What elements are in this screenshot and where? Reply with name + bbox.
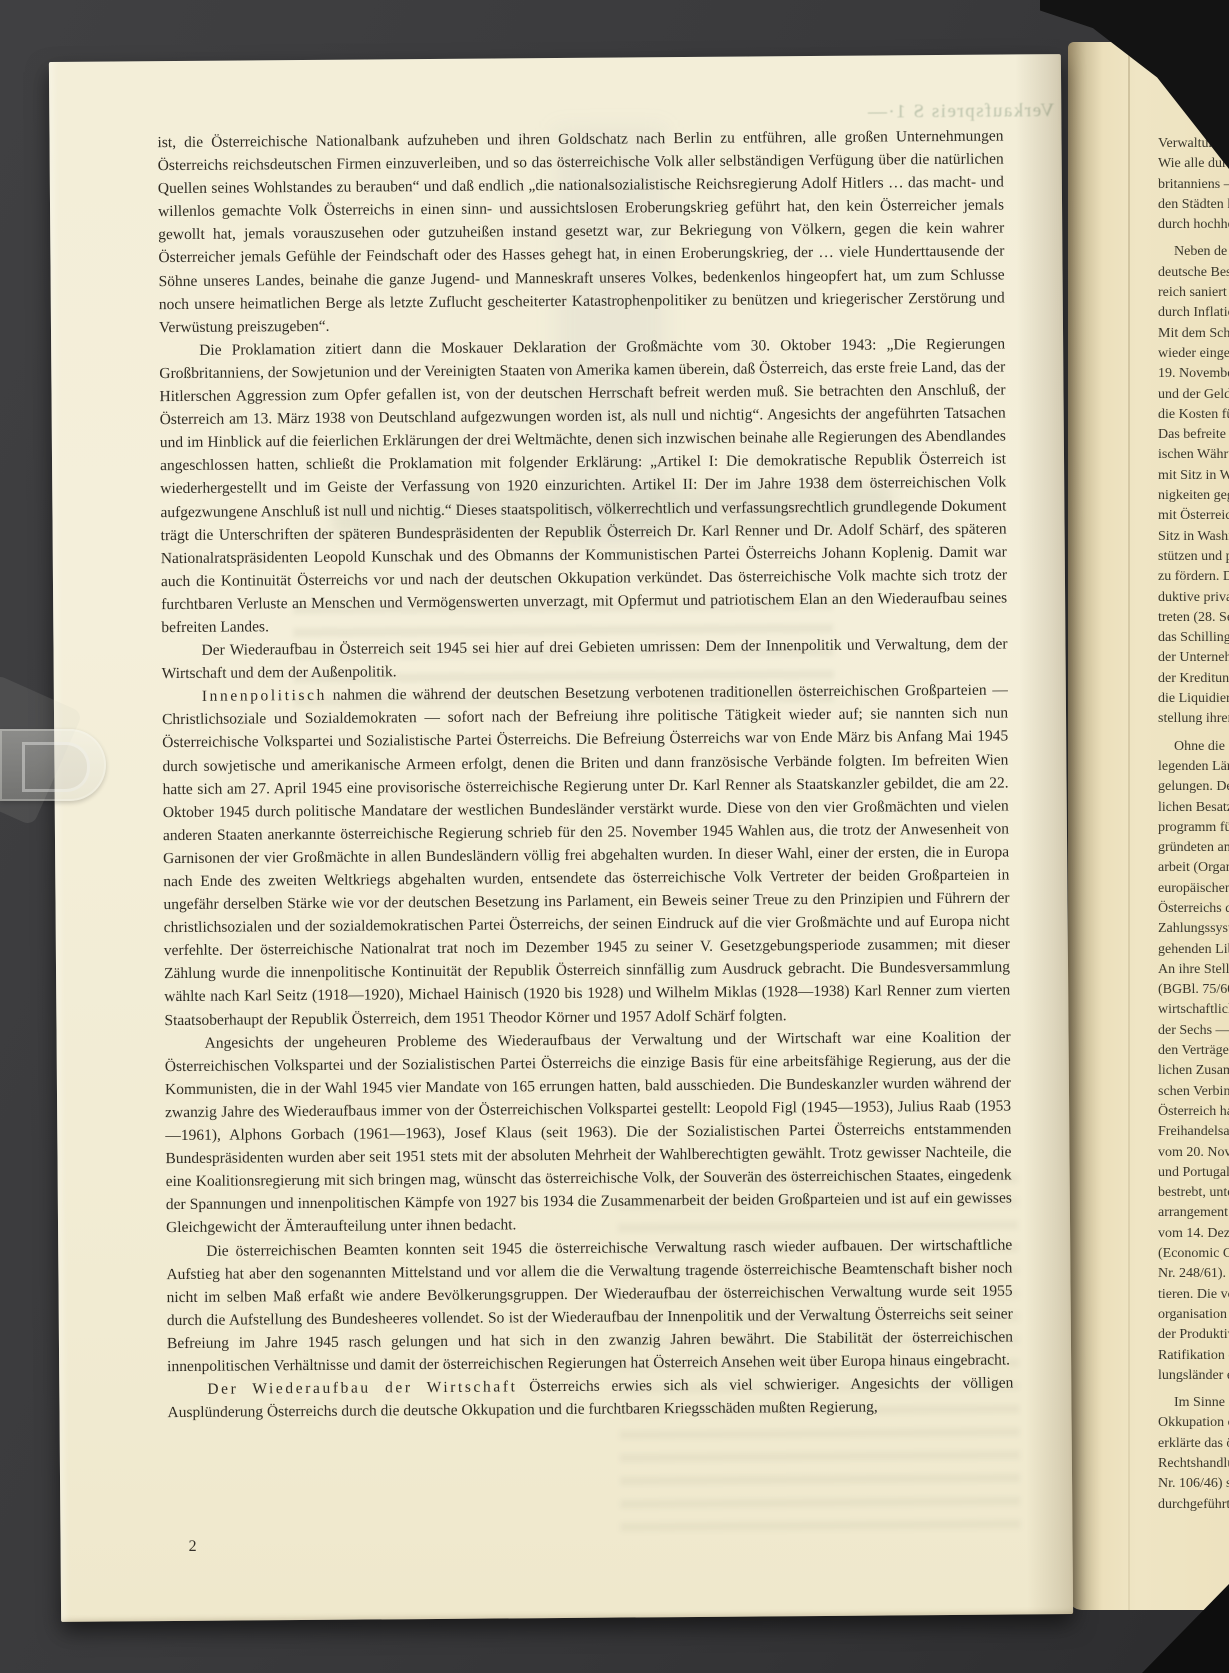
right-page-line: der Produktivität <box>1158 1325 1229 1345</box>
right-page-line: Nr. 248/61). Die <box>1158 1264 1229 1284</box>
right-page-line: Das befreite Öster <box>1158 425 1229 445</box>
paragraph: Die Proklamation zitiert dann die Moskau… <box>159 332 1007 639</box>
paragraph: Innenpolitisch nahmen die während der de… <box>162 679 1011 1032</box>
right-page-line: stützen und priva <box>1158 547 1229 567</box>
spaced-lead: Der Wiederaufbau der Wirtschaft <box>207 1378 517 1397</box>
right-page-line: Ratifikation des S <box>1158 1346 1229 1366</box>
right-page-line: Mit dem Schill <box>1158 324 1229 344</box>
right-page-line: Rechtshandlu <box>1158 1454 1229 1474</box>
right-page-line: und Portugal um <box>1158 1163 1229 1183</box>
right-page-line: Im Sinne <box>1158 1393 1229 1413</box>
right-page-line: Neben de <box>1158 242 1229 262</box>
right-page-line: programm für E <box>1158 818 1229 838</box>
right-page-line: gehenden Liberal <box>1158 940 1229 960</box>
right-page-line: nigkeiten gegründ <box>1158 486 1229 506</box>
right-page-text-column: Verwaltung undWie alle durch dbritannien… <box>1158 134 1229 1515</box>
right-page-line: wirtschaftlich ers <box>1158 1000 1229 1020</box>
right-page-line: vom 14. Dezemb <box>1158 1224 1229 1244</box>
right-page-line: wieder eingeführ <box>1158 344 1229 364</box>
paragraph: ist, die Österreichische Nationalbank au… <box>157 125 1005 339</box>
right-page-line: Wie alle durch d <box>1158 154 1229 174</box>
right-page-line: der Kreditunterne <box>1158 669 1229 689</box>
plastic-clip <box>0 729 106 801</box>
right-page-line: Freihandelsas <box>1158 1122 1229 1142</box>
right-page-line: bestrebt, unter g <box>1158 1183 1229 1203</box>
right-page-line: lichen Besatzung <box>1158 798 1229 818</box>
right-page-line: Ohne die <box>1158 737 1229 757</box>
gutter-shadow <box>1068 42 1102 1610</box>
paragraph: Die österreichischen Beamten konnten sei… <box>166 1233 1013 1378</box>
right-page-line: durch hochherzig <box>1158 215 1229 235</box>
right-page-line: vom 20. Novem <box>1158 1143 1229 1163</box>
right-page-line: Nr. 106/46) solc <box>1158 1474 1229 1494</box>
right-page-line: die Liquidierung <box>1158 689 1229 709</box>
right-page-line: stellung ihrer Au <box>1158 709 1229 729</box>
right-page-line: (BGBl. 75/60). I <box>1158 980 1229 1000</box>
right-page-line: duktive private U <box>1158 588 1229 608</box>
right-page-line: Österreich hat si <box>1158 1102 1229 1122</box>
right-page-line: europäischen Za <box>1158 879 1229 899</box>
right-page-line: organisation (I <box>1158 1305 1229 1325</box>
right-page-line: tieren. Die von <box>1158 1285 1229 1305</box>
right-page-line: durch Inflation d <box>1158 303 1229 323</box>
right-page-line: schen Verbindun <box>1158 1082 1229 1102</box>
right-page-line: ischen Währunge <box>1158 445 1229 465</box>
right-page-fragment: Verwaltung undWie alle durch dbritannien… <box>1068 42 1229 1610</box>
right-page-line: Österreichs die F <box>1158 899 1229 919</box>
spaced-lead: Innenpolitisch <box>202 687 327 705</box>
right-page-line: Zahlungssystems <box>1158 919 1229 939</box>
right-page-line: gründeten am 16 <box>1158 838 1229 858</box>
paragraph: Angesichts der ungeheuren Probleme des W… <box>165 1025 1013 1239</box>
right-page-line: und der Geldeinl <box>1158 385 1229 405</box>
right-page-line: mit Sitz in Washi <box>1158 466 1229 486</box>
right-page-line: Okkupation oder <box>1158 1413 1229 1433</box>
right-page-line: arrangement mit <box>1158 1203 1229 1223</box>
left-page: Verkaufspreis S 1·— ist, die Österreichi… <box>49 54 1073 1622</box>
right-page-line: das Schillingser <box>1158 628 1229 648</box>
book-scan: Verwaltung undWie alle durch dbritannien… <box>0 0 1229 1673</box>
right-page-line: den Städten kon <box>1158 195 1229 215</box>
right-page-line: gelungen. Der <box>1158 777 1229 797</box>
right-page-line: 19. November 1 <box>1158 364 1229 384</box>
right-page-line: (Economic Coop <box>1158 1244 1229 1264</box>
right-page-line: der Sechs — Fr <box>1158 1021 1229 1041</box>
page-crease <box>1128 42 1130 1610</box>
right-page-line: erklärte das öste <box>1158 1434 1229 1454</box>
right-page-line: treten (28. Septem <box>1158 608 1229 628</box>
right-page-line: arbeit (Organisa <box>1158 858 1229 878</box>
right-page-line: Sitz in Washingto <box>1158 527 1229 547</box>
right-page-line: lichen Zusamme <box>1158 1061 1229 1081</box>
right-page-line: zu fördern. Die <box>1158 567 1229 587</box>
right-page-line: reich saniert we <box>1158 283 1229 303</box>
gutter-shadow <box>1015 54 1073 1614</box>
left-page-text-column: ist, die Österreichische Nationalbank au… <box>157 125 1013 1425</box>
plastic-clip-slot <box>22 742 90 792</box>
right-page-line: An ihre Stelle tra <box>1158 960 1229 980</box>
right-page-line: mit Österreich de <box>1158 506 1229 526</box>
right-page-line: britanniens — w <box>1158 175 1229 195</box>
right-page-line: deutsche Besetzu <box>1158 263 1229 283</box>
right-page-line: lungsländer einge <box>1158 1366 1229 1386</box>
right-page-line: legenden Lände <box>1158 757 1229 777</box>
right-page-line: der Unternehmen <box>1158 648 1229 668</box>
right-page-line: durchgeführten <box>1158 1495 1229 1515</box>
right-page-line: den Verträgen v <box>1158 1041 1229 1061</box>
paragraph: Der Wiederaufbau der Wirtschaft Österrei… <box>167 1372 1013 1425</box>
paragraph: Der Wiederaufbau in Österreich seit 1945… <box>161 633 1007 686</box>
right-page-line: die Kosten für di <box>1158 405 1229 425</box>
page-number: 2 <box>188 1538 196 1556</box>
